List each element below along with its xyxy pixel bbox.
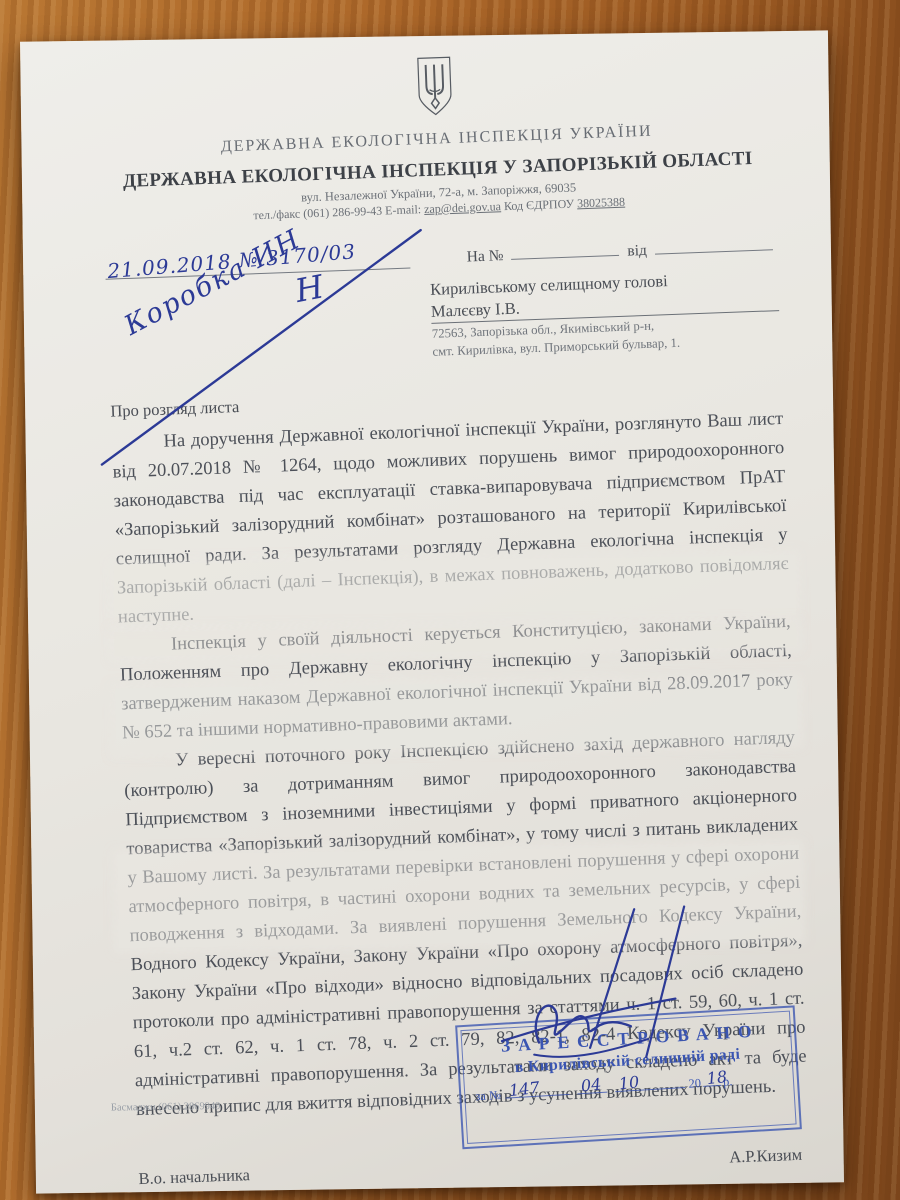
- recipient-block: Кирилівському селищному голові Малєєву І…: [430, 267, 781, 360]
- stamp-month-blank: 10: [614, 1076, 685, 1092]
- stamp-month-handwritten: 10: [617, 1072, 639, 1093]
- edrpou-number: 38025388: [577, 195, 625, 211]
- stamp-reg-label: за №: [475, 1088, 501, 1103]
- stamp-reg-number-blank: 147: [504, 1083, 569, 1099]
- stamp-year-blank: 18: [703, 1074, 722, 1087]
- stamp-year-prefix: 20: [688, 1076, 701, 1091]
- photo-scene: ДЕРЖАВНА ЕКОЛОГІЧНА ІНСПЕКЦІЯ УКРАЇНИ ДЕ…: [0, 0, 900, 1200]
- stamp-year-handwritten: 18: [706, 1067, 728, 1088]
- edrpou-label: Код ЄДРПОУ: [504, 197, 575, 214]
- incoming-date-blank: [655, 235, 773, 254]
- incoming-from-label: від: [627, 242, 647, 260]
- signer-name: А.Р.Кизим: [729, 1145, 803, 1168]
- org-email: zap@dei.gov.ua: [424, 199, 501, 216]
- stamp-day-blank: 04: [576, 1081, 607, 1095]
- stamp-reg-number-handwritten: 147: [508, 1078, 540, 1100]
- signature-row: В.о. начальника А.Р.Кизим: [138, 1145, 810, 1190]
- signer-position: В.о. начальника: [138, 1165, 250, 1189]
- executor-line: Басмаджи (061) 2869949: [111, 1101, 221, 1114]
- stamp-day-handwritten: 04: [579, 1074, 601, 1095]
- ukraine-trident-icon: [411, 55, 459, 119]
- paragraph-1: На доручення Державної екологічної інспе…: [111, 405, 790, 632]
- registration-stamp-inner: ЗАРЕЄСТРОВАНО в Кирилівській селищній ра…: [460, 1011, 796, 1144]
- incoming-ref-line: На №від: [466, 235, 777, 266]
- incoming-ref-label: На №: [466, 247, 503, 265]
- registration-stamp: ЗАРЕЄСТРОВАНО в Кирилівській селищній ра…: [455, 1005, 802, 1149]
- letter-paper: ДЕРЖАВНА ЕКОЛОГІЧНА ІНСПЕКЦІЯ УКРАЇНИ ДЕ…: [20, 30, 844, 1193]
- incoming-number-blank: [511, 241, 619, 260]
